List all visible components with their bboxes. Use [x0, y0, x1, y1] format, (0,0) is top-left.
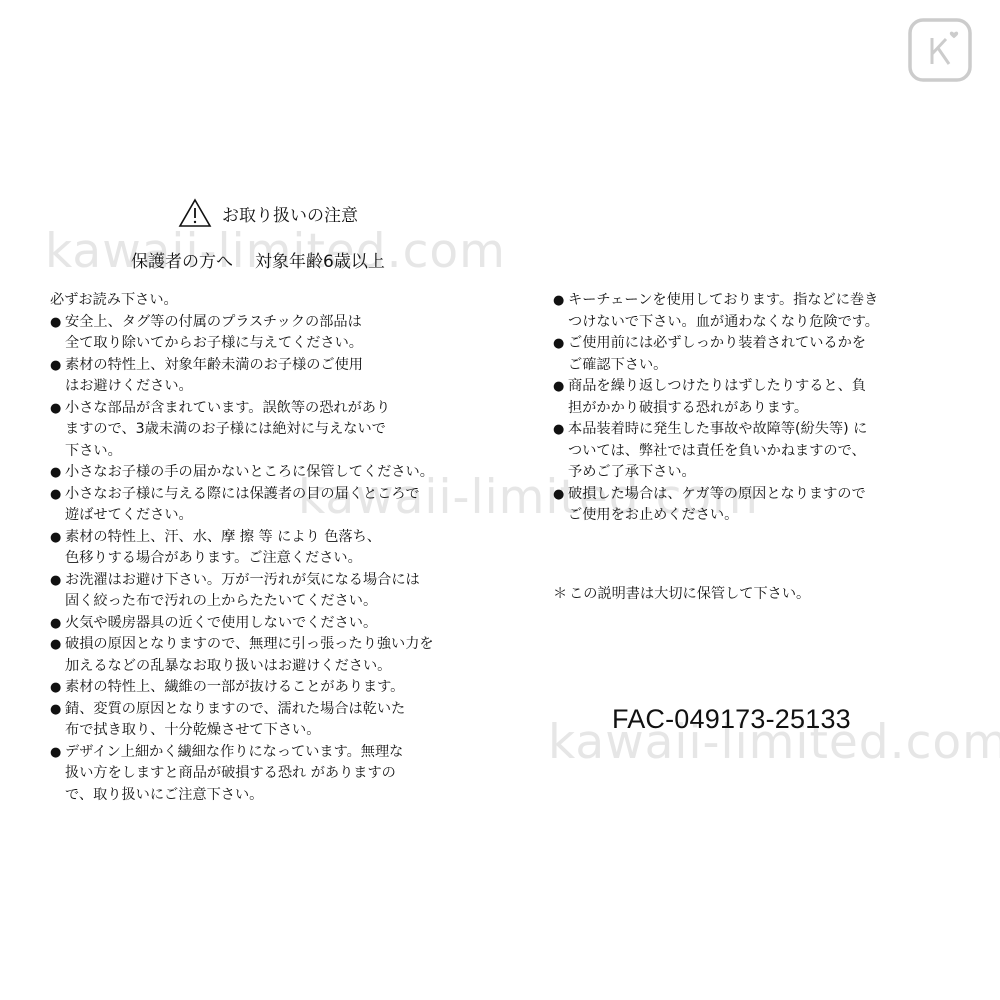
list-item: ● 破損の原因となりますので、無理に引っ張ったり強い力を 加えるなどの乱暴なお取… [50, 634, 480, 677]
list-item: ● キーチェーンを使用しております。指などに巻き つけないで下さい。血が通わなく… [553, 290, 953, 333]
item-text: 安全上、タグ等の付属のプラスチックの部品は [65, 312, 480, 334]
bullet-icon: ● [553, 376, 568, 419]
bullet-icon: ● [50, 677, 65, 699]
item-text: ご確認下さい。 [568, 355, 953, 377]
list-item: ● デザイン上細かく繊細な作りになっています。無理な 扱い方をしますと商品が破損… [50, 742, 480, 807]
list-item: ● 本品装着時に発生した事故や故障等(紛失等) に ついては、弊社では責任を負い… [553, 419, 953, 484]
list-item: ● ご使用前には必ずしっかり装着されているかを ご確認下さい。 [553, 333, 953, 376]
item-text: 加えるなどの乱暴なお取り扱いはお避けください。 [65, 656, 480, 678]
list-item: ● 火気や暖房器具の近くで使用しないでください。 [50, 613, 480, 635]
asterisk-icon: ＊ [553, 583, 569, 603]
warning-triangle-icon [178, 198, 212, 228]
list-item: ● 小さなお子様に与える際には保護者の目の届くところで 遊ばせてください。 [50, 484, 480, 527]
list-item: ● 小さなお子様の手の届かないところに保管してください。 [50, 462, 480, 484]
bullet-icon: ● [50, 484, 65, 527]
bullet-icon: ● [50, 613, 65, 635]
item-text: 本品装着時に発生した事故や故障等(紛失等) に [568, 419, 953, 441]
item-text: ご使用前には必ずしっかり装着されているかを [568, 333, 953, 355]
item-text: ついては、弊社では責任を負いかねますので、 [568, 441, 953, 463]
bullet-icon: ● [50, 742, 65, 807]
item-text: 小さな部品が含まれています。誤飲等の恐れがあり [65, 398, 480, 420]
kawaii-limited-logo-icon [908, 18, 972, 82]
item-text: で、取り扱いにご注意下さい。 [65, 785, 480, 807]
bullet-icon: ● [553, 419, 568, 484]
intro-text: 必ずお読み下さい。 [50, 290, 480, 312]
item-text: 錆、変質の原因となりますので、濡れた場合は乾いた [65, 699, 480, 721]
list-item: ● お洗濯はお避け下さい。万が一汚れが気になる場合には 固く絞った布で汚れの上か… [50, 570, 480, 613]
right-column: ● キーチェーンを使用しております。指などに巻き つけないで下さい。血が通わなく… [553, 290, 953, 527]
item-text: ますので、3歳未満のお子様には絶対に与えないで [65, 419, 480, 441]
page-title: お取り扱いの注意 [222, 201, 358, 226]
item-text: 扱い方をしますと商品が破損する恐れ がありますの [65, 763, 480, 785]
item-text: ご使用をお止めください。 [568, 505, 953, 527]
bullet-icon: ● [50, 398, 65, 463]
list-item: ● 安全上、タグ等の付属のプラスチックの部品は 全て取り除いてからお子様に与えて… [50, 312, 480, 355]
item-text: 破損した場合は、ケガ等の原因となりますので [568, 484, 953, 506]
item-text: 小さなお子様に与える際には保護者の目の届くところで [65, 484, 480, 506]
item-text: お洗濯はお避け下さい。万が一汚れが気になる場合には [65, 570, 480, 592]
item-text: デザイン上細かく繊細な作りになっています。無理な [65, 742, 480, 764]
bullet-icon: ● [50, 312, 65, 355]
item-text: 全て取り除いてからお子様に与えてください。 [65, 333, 480, 355]
storage-note: ＊この説明書は大切に保管して下さい。 [553, 583, 810, 603]
header-title-row: お取り扱いの注意 [178, 198, 358, 228]
item-text: 予めご了承下さい。 [568, 462, 953, 484]
product-code: FAC-049173-25133 [612, 704, 851, 735]
list-item: ● 破損した場合は、ケガ等の原因となりますので ご使用をお止めください。 [553, 484, 953, 527]
item-text: 破損の原因となりますので、無理に引っ張ったり強い力を [65, 634, 480, 656]
left-column: 必ずお読み下さい。 ● 安全上、タグ等の付属のプラスチックの部品は 全て取り除い… [50, 290, 480, 806]
list-item: ● 錆、変質の原因となりますので、濡れた場合は乾いた 布で拭き取り、十分乾燥させ… [50, 699, 480, 742]
item-text: 素材の特性上、繊維の一部が抜けることがあります。 [65, 677, 480, 699]
bullet-icon: ● [50, 699, 65, 742]
item-text: 火気や暖房器具の近くで使用しないでください。 [65, 613, 480, 635]
list-item: ● 素材の特性上、対象年齢未満のお子様のご使用 はお避けください。 [50, 355, 480, 398]
bullet-icon: ● [50, 634, 65, 677]
item-text: 素材の特性上、対象年齢未満のお子様のご使用 [65, 355, 480, 377]
item-text: キーチェーンを使用しております。指などに巻き [568, 290, 953, 312]
age-target-label: 対象年齢6歳以上 [255, 252, 385, 272]
item-text: 小さなお子様の手の届かないところに保管してください。 [65, 462, 480, 484]
bullet-icon: ● [50, 570, 65, 613]
list-item: ● 商品を繰り返しつけたりはずしたりすると、負 担がかかり破損する恐れがあります… [553, 376, 953, 419]
item-text: つけないで下さい。血が通わなくなり危険です。 [568, 312, 953, 334]
bullet-icon: ● [50, 527, 65, 570]
audience-label: 保護者の方へ [131, 252, 233, 272]
item-text: 布で拭き取り、十分乾燥させて下さい。 [65, 720, 480, 742]
item-text: 素材の特性上、汗、水、摩 擦 等 により 色落ち、 [65, 527, 480, 549]
bullet-icon: ● [50, 355, 65, 398]
item-text: 色移りする場合があります。ご注意ください。 [65, 548, 480, 570]
list-item: ● 小さな部品が含まれています。誤飲等の恐れがあり ますので、3歳未満のお子様に… [50, 398, 480, 463]
item-text: 遊ばせてください。 [65, 505, 480, 527]
bullet-icon: ● [553, 484, 568, 527]
item-text: 固く絞った布で汚れの上からたたいてください。 [65, 591, 480, 613]
bullet-icon: ● [50, 462, 65, 484]
item-text: 担がかかり破損する恐れがあります。 [568, 398, 953, 420]
bullet-icon: ● [553, 333, 568, 376]
note-text: この説明書は大切に保管して下さい。 [569, 586, 810, 602]
item-text: はお避けください。 [65, 376, 480, 398]
list-item: ● 素材の特性上、汗、水、摩 擦 等 により 色落ち、 色移りする場合があります… [50, 527, 480, 570]
list-item: ● 素材の特性上、繊維の一部が抜けることがあります。 [50, 677, 480, 699]
item-text: 下さい。 [65, 441, 480, 463]
item-text: 商品を繰り返しつけたりはずしたりすると、負 [568, 376, 953, 398]
bullet-icon: ● [553, 290, 568, 333]
audience-line: 保護者の方へ対象年齢6歳以上 [131, 247, 385, 272]
